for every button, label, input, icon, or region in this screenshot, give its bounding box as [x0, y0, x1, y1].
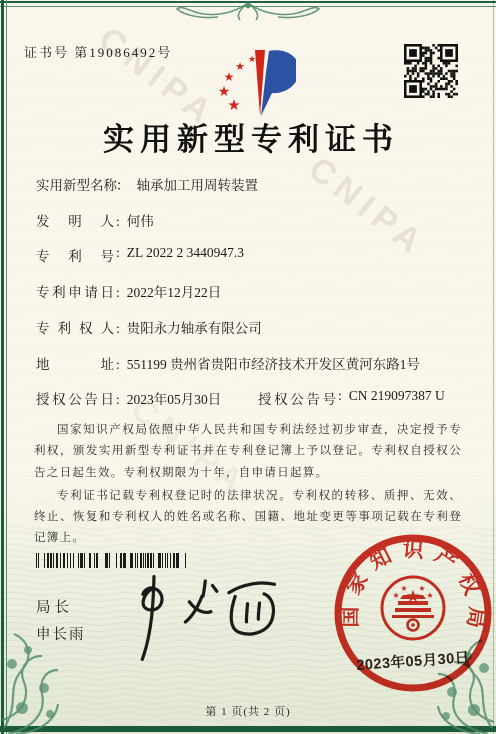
field-label: 发明人 [36, 210, 114, 230]
signer-name: 申长雨 [36, 623, 86, 644]
cnipa-logo-icon: ★ ★ ★ ★ ★ [198, 50, 296, 118]
field-value: 何伟 [127, 214, 154, 229]
footer-page-number: 第 1 页(共 2 页) [0, 703, 496, 719]
field-value: CN 219097387 U [349, 388, 445, 403]
field-value: ZL 2022 2 3440947.3 [127, 245, 244, 260]
field-separator: : [116, 245, 120, 260]
field-label: 专利申请日 [36, 281, 114, 301]
field-separator: ： [116, 178, 130, 193]
field-row-grant: 授权公告日:2023年05月30日 授权公告号:CN 219097387 U [36, 388, 466, 408]
svg-text:★: ★ [392, 591, 399, 600]
frame-top-inner-line [0, 6, 496, 7]
svg-text:★: ★ [400, 584, 407, 593]
frame-left-inner-line [6, 0, 7, 734]
field-separator: : [116, 214, 120, 229]
national-emblem-icon: ★ ★ ★ ★ ★ [382, 577, 444, 639]
field-value: 551199 贵州省贵阳市经济技术开发区黄河东路1号 [127, 357, 420, 372]
field-row-inventor: 发明人:何伟 [36, 210, 154, 230]
signature-icon [108, 564, 303, 664]
patent-certificate-page: CNIPA CNIPA CNIPA 证书号 第19086492号 ★ ★ ★ ★… [0, 0, 496, 734]
svg-text:★: ★ [235, 60, 245, 73]
field-row-name: 实用新型名称：轴承加工用周转装置 [36, 174, 258, 194]
frame-bottom-bar [0, 726, 496, 732]
field-label: 专利权人 [36, 317, 114, 337]
svg-text:★: ★ [248, 55, 256, 65]
field-row-patentee: 专利权人:贵阳永力轴承有限公司 [36, 317, 262, 337]
svg-text:★: ★ [224, 70, 235, 84]
field-separator: : [116, 357, 120, 372]
field-value: 轴承加工用周转装置 [137, 178, 259, 193]
field-grant-date: 授权公告日:2023年05月30日 [36, 388, 221, 408]
field-grant-number: 授权公告号:CN 219097387 U [258, 388, 445, 408]
field-row-address: 地址:551199 贵州省贵阳市经济技术开发区黄河东路1号 [36, 353, 420, 373]
field-label: 专利号 [36, 245, 114, 265]
svg-text:★: ★ [418, 584, 425, 593]
top-center-flourish-icon [148, 0, 348, 22]
frame-top-line [0, 1, 496, 3]
svg-text:★: ★ [426, 591, 433, 600]
field-value: 2022年12月22日 [127, 285, 222, 300]
field-label: 授权公告日 [36, 388, 114, 408]
page-title: 实用新型专利证书 [0, 114, 496, 159]
field-value: 2023年05月30日 [127, 392, 222, 407]
seal-date: 2023年05月30日 [356, 648, 470, 674]
cnipa-watermark: CNIPA [301, 150, 434, 266]
field-row-filing-date: 专利申请日:2022年12月22日 [36, 281, 221, 301]
legal-paragraph-1: 国家知识产权局依照中华人民共和国专利法经过初步审查，决定授予专利权，颁发实用新型… [34, 420, 462, 484]
svg-text:★: ★ [227, 96, 240, 114]
field-row-patent-number: 专利号:ZL 2022 2 3440947.3 [36, 245, 244, 265]
certificate-number: 证书号 第19086492号 [24, 42, 172, 61]
qr-code-icon [404, 44, 458, 98]
field-separator: : [116, 321, 120, 336]
field-label: 实用新型名称 [36, 174, 114, 194]
field-separator: : [338, 388, 342, 403]
frame-left-line [1, 0, 4, 734]
official-seal-icon: 国家知识产权局 ★ ★ ★ ★ ★ 2023年05月30日 [328, 528, 496, 698]
signer-title: 局长 [36, 596, 73, 617]
field-label: 地址 [36, 353, 114, 373]
field-value: 贵阳永力轴承有限公司 [127, 321, 262, 336]
field-separator: : [116, 285, 120, 300]
field-separator: : [116, 392, 120, 407]
field-label: 授权公告号 [258, 388, 336, 408]
